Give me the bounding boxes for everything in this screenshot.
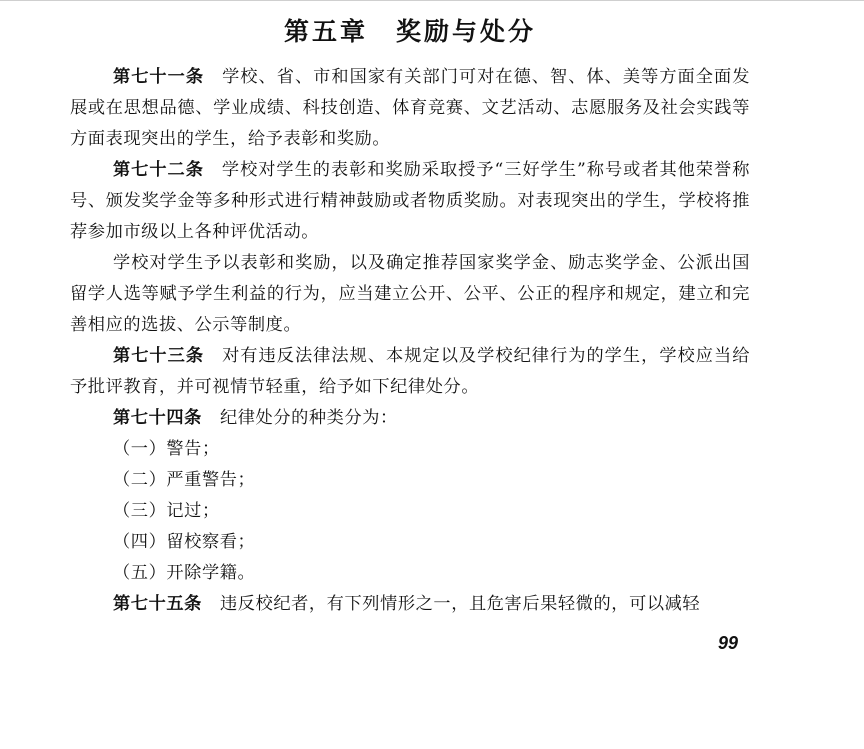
article-label: 第七十五条	[113, 594, 202, 614]
article-label: 第七十三条	[113, 346, 204, 366]
article-73: 第七十三条对有违反法律法规、本规定以及学校纪律行为的学生，学校应当给予批评教育，…	[70, 341, 750, 403]
document-body: 第七十一条学校、省、市和国家有关部门可对在德、智、体、美等方面全面发展或在思想品…	[70, 62, 750, 620]
discipline-item: （四）留校察看；	[70, 527, 750, 558]
article-74: 第七十四条纪律处分的种类分为：	[70, 403, 750, 434]
discipline-item: （三）记过；	[70, 496, 750, 527]
article-75: 第七十五条违反校纪者，有下列情形之一，且危害后果轻微的，可以减轻	[70, 589, 750, 620]
page-number: 99	[718, 633, 738, 654]
page-top-border	[0, 0, 864, 1]
article-text: 学校对学生予以表彰和奖励，以及确定推荐国家奖学金、励志奖学金、公派出国留学人选等…	[70, 253, 750, 335]
article-72-paragraph-2: 学校对学生予以表彰和奖励，以及确定推荐国家奖学金、励志奖学金、公派出国留学人选等…	[70, 248, 750, 341]
article-71: 第七十一条学校、省、市和国家有关部门可对在德、智、体、美等方面全面发展或在思想品…	[70, 62, 750, 155]
article-text: 违反校纪者，有下列情形之一，且危害后果轻微的，可以减轻	[220, 594, 700, 614]
discipline-item: （一）警告；	[70, 434, 750, 465]
article-72: 第七十二条学校对学生的表彰和奖励采取授予“三好学生”称号或者其他荣誉称号、颁发奖…	[70, 155, 750, 248]
article-text: 纪律处分的种类分为：	[220, 408, 398, 428]
article-label: 第七十一条	[113, 67, 204, 87]
discipline-item: （五）开除学籍。	[70, 558, 750, 589]
chapter-title: 第五章 奖励与处分	[70, 14, 750, 50]
discipline-item: （二）严重警告；	[70, 465, 750, 496]
article-label: 第七十四条	[113, 408, 202, 428]
article-label: 第七十二条	[113, 160, 204, 180]
